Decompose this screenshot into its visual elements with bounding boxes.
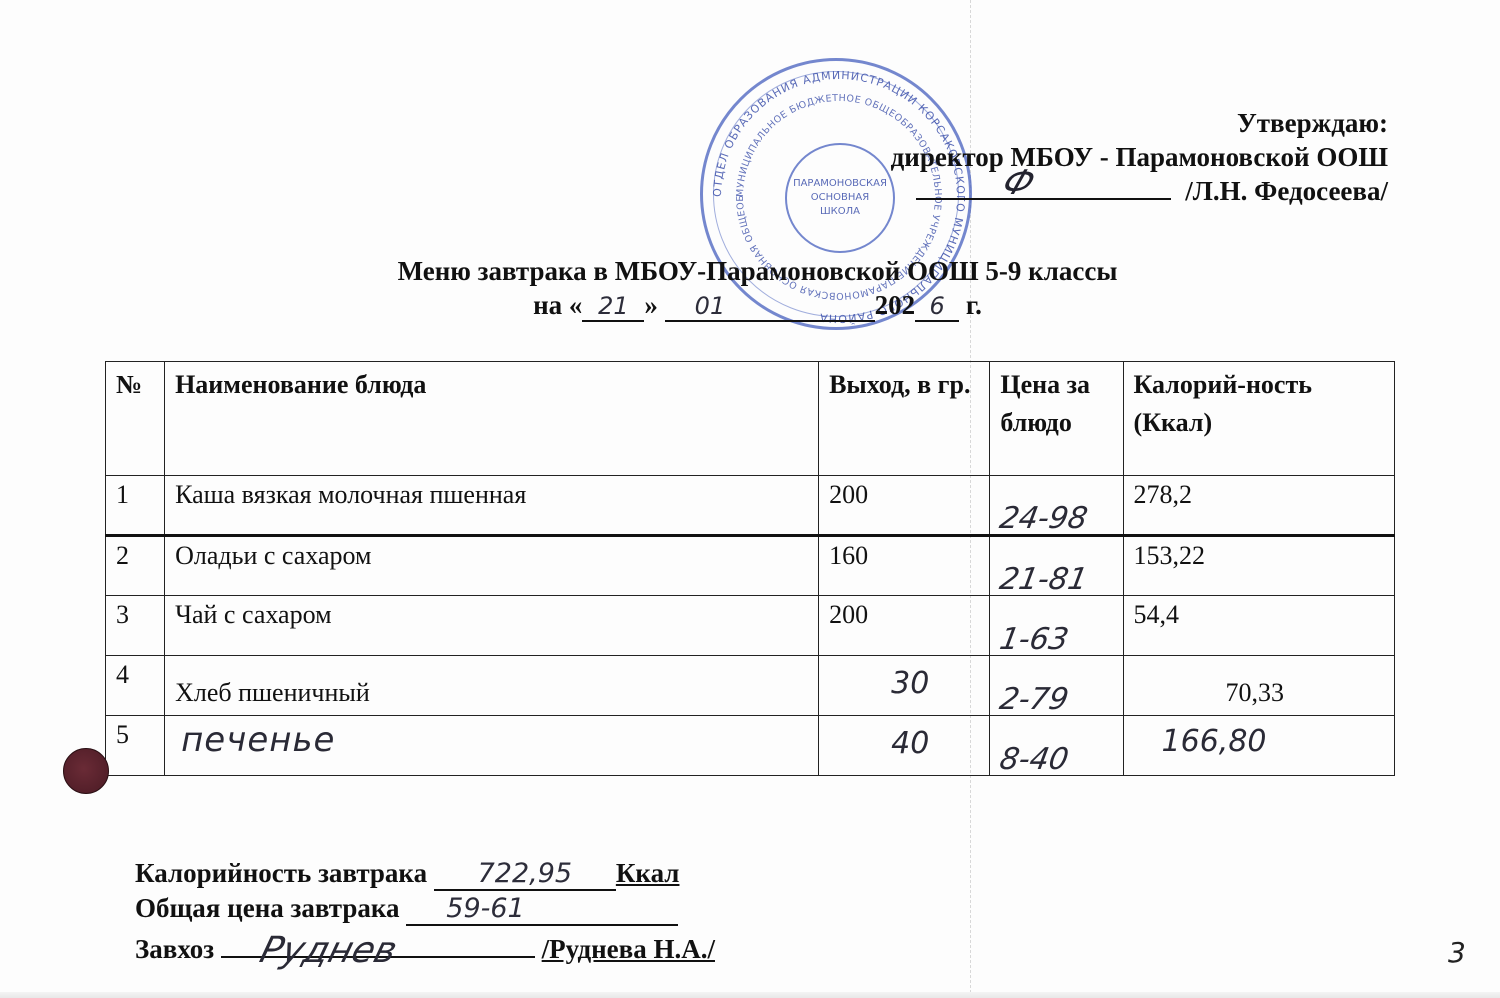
hole-punch-mark [63,748,109,794]
header-num: № [106,362,165,476]
header-yield: Выход, в гр. [819,362,990,476]
header-price: Цена за блюдо [990,362,1123,476]
row-calories-cell: 70,33 [1123,656,1394,716]
row-calories: 166,80 [1162,724,1267,759]
row-price: 21-81 [997,562,1090,597]
price-value: 59-61 [406,894,678,926]
table-row: 4 Хлеб пшеничный 30 2-79 70,33 [106,656,1395,716]
keeper-name: /Руднева Н.А./ [542,934,715,964]
date-year-prefix: 202 [875,290,916,320]
row-num: 4 [106,656,165,716]
calories-label: Калорийность завтрака [135,858,427,888]
date-year-suffix: г. [966,290,982,320]
header-name: Наименование блюда [165,362,819,476]
row-yield: 200 [819,596,990,656]
document-page: ОТДЕЛ ОБРАЗОВАНИЯ АДМИНИСТРАЦИИ КОРСАКОВ… [0,0,1500,998]
stamp-center-line: ШКОЛА [820,205,860,219]
stamp-center: ПАРАМОНОВСКАЯ ОСНОВНАЯ ШКОЛА [785,143,895,253]
row-yield-cell: 40 [819,716,990,776]
row-price-cell: 8-40 [990,716,1123,776]
row-yield-cell: 30 [819,656,990,716]
row-calories-cell: 166,80 [1123,716,1394,776]
row-name: Каша вязкая молочная пшенная [165,476,819,536]
menu-title-line: Меню завтрака в МБОУ-Парамоновской ООШ 5… [0,254,1500,288]
calories-unit: Ккал [616,858,680,888]
menu-table: № Наименование блюда Выход, в гр. Цена з… [105,361,1395,776]
row-yield: 160 [819,536,990,596]
summary-keeper-row: Завхоз Руднев /Руднева Н.А./ [135,926,715,966]
date-month: 01 [665,292,875,322]
row-name: Оладьи с сахаром [165,536,819,596]
date-day: 21 [582,292,644,322]
summary-calories-row: Калорийность завтрака 722,95Ккал [135,856,715,891]
table-row: 2 Оладьи с сахаром 160 21-81 153,22 [106,536,1395,596]
row-name-cell: печенье [165,716,819,776]
date-prefix: на « [533,290,582,320]
menu-title: Меню завтрака в МБОУ-Парамоновской ООШ 5… [0,254,1500,322]
row-name-cell: Хлеб пшеничный [165,656,819,716]
table-header-row: № Наименование блюда Выход, в гр. Цена з… [106,362,1395,476]
row-price: 8-40 [997,742,1071,777]
table-row: 5 печенье 40 8-40 166,80 [106,716,1395,776]
stamp-center-line: ОСНОВНАЯ [811,191,869,205]
row-yield: 40 [829,726,979,761]
table-row: 3 Чай с сахаром 200 1-63 54,4 [106,596,1395,656]
row-price: 2-79 [997,682,1071,717]
row-calories: 54,4 [1123,596,1394,656]
stamp-center-line: ПАРАМОНОВСКАЯ [793,177,887,191]
row-num: 3 [106,596,165,656]
row-num: 1 [106,476,165,536]
row-name: Чай с сахаром [165,596,819,656]
keeper-signature: Руднев [257,936,400,966]
summary-price-row: Общая цена завтрака 59-61 [135,891,715,926]
row-yield: 30 [829,666,979,701]
page-bottom-edge [0,992,1500,998]
row-calories: 278,2 [1123,476,1394,536]
approval-signature-row: Ф /Л.Н. Федосеева/ [891,174,1388,208]
row-calories: 70,33 [1134,678,1285,708]
approval-block: Утверждаю: директор МБОУ - Парамоновской… [891,106,1388,208]
calories-value: 722,95 [434,859,616,891]
table-row: 1 Каша вязкая молочная пшенная 200 24-98… [106,476,1395,536]
row-calories: 153,22 [1123,536,1394,596]
date-year-digit: 6 [915,292,959,322]
header-calories: Калорий-ность (Ккал) [1123,362,1394,476]
keeper-signature-line: Руднев [221,926,535,958]
menu-date-line: на «21» 012026 г. [0,288,1500,322]
keeper-label: Завхоз [135,934,214,964]
row-num: 5 [106,716,165,776]
row-price-cell: 21-81 [990,536,1123,596]
row-yield: 200 [819,476,990,536]
row-num: 2 [106,536,165,596]
approval-position: директор МБОУ - Парамоновской ООШ [891,140,1388,174]
summary-block: Калорийность завтрака 722,95Ккал Общая ц… [135,856,715,966]
row-name: Хлеб пшеничный [175,678,370,708]
date-mid: » [644,290,658,320]
row-price: 24-98 [997,501,1090,536]
row-price: 1-63 [997,622,1071,657]
row-price-cell: 2-79 [990,656,1123,716]
approval-heading: Утверждаю: [891,106,1388,140]
row-price-cell: 24-98 [990,476,1123,536]
page-number: 3 [1448,936,1466,969]
director-name: /Л.Н. Федосеева/ [1185,176,1388,206]
row-price-cell: 1-63 [990,596,1123,656]
director-signature-line: Ф [916,174,1171,200]
price-label: Общая цена завтрака [135,893,400,923]
row-name: печенье [181,720,335,760]
